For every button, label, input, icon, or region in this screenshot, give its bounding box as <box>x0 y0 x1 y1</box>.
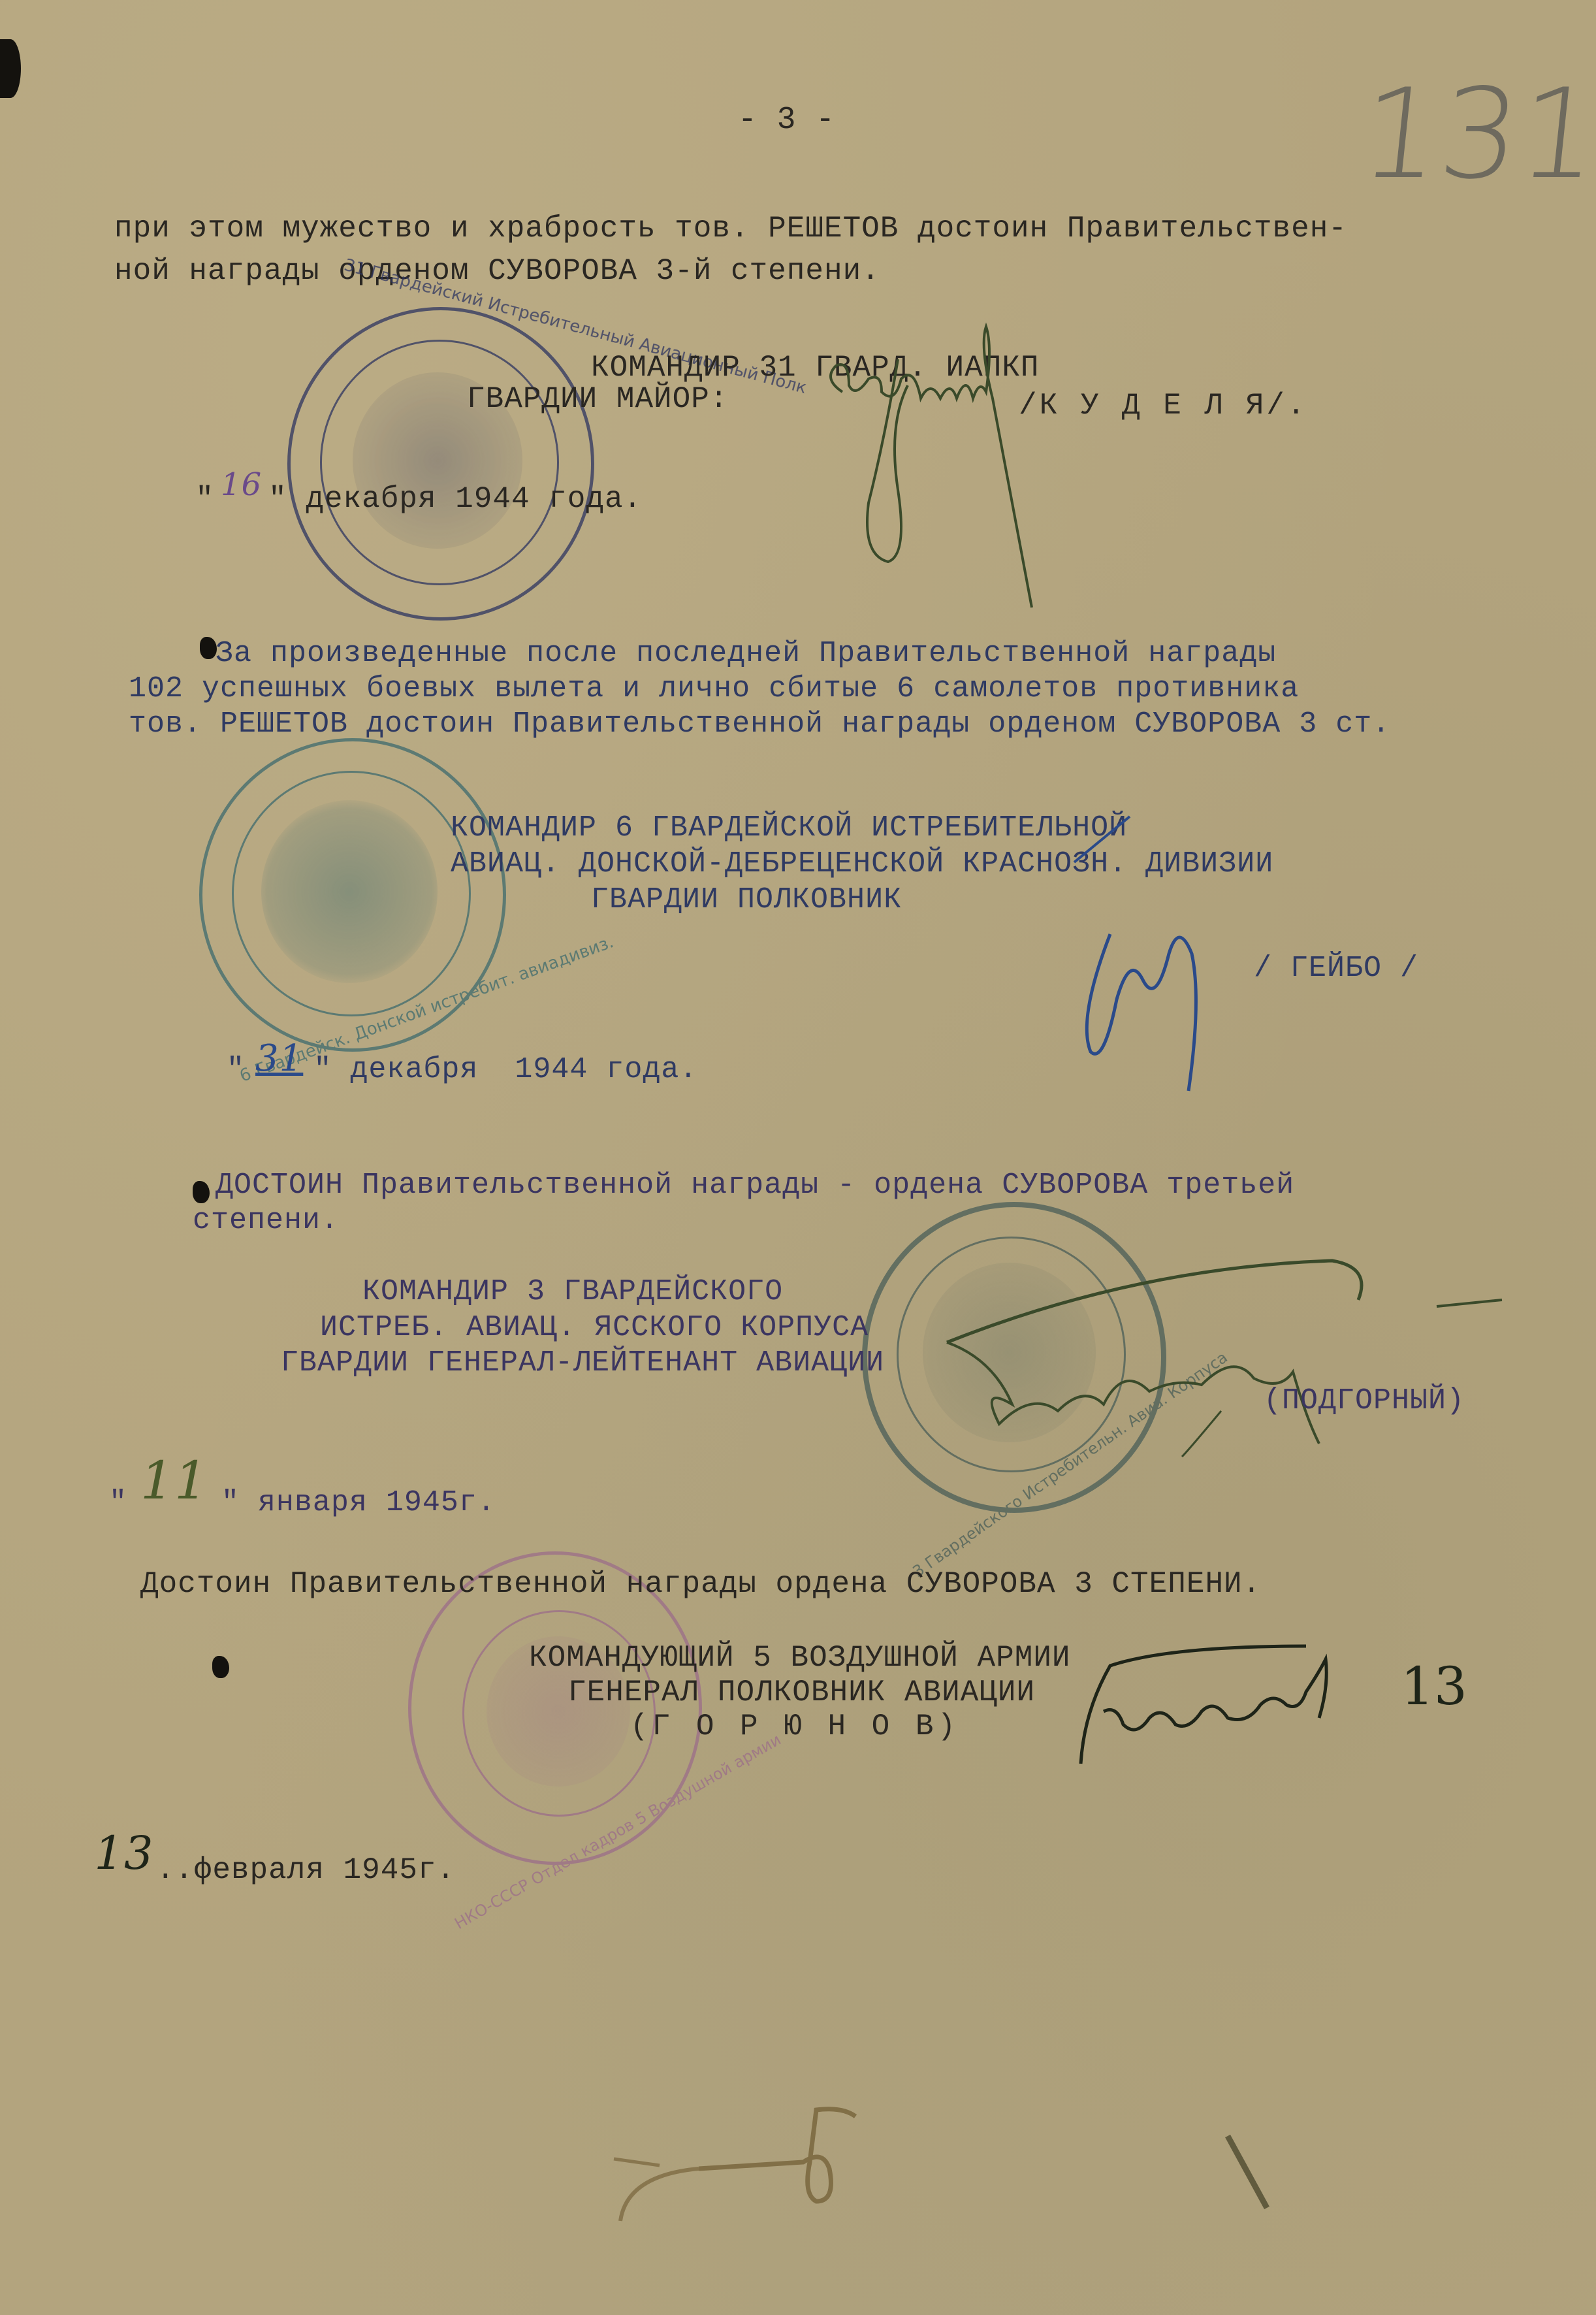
body-line: при этом мужество и храбрость тов. РЕШЕТ… <box>114 214 1347 244</box>
date-line: 13..февраля 1945г. <box>20 1809 455 1915</box>
punch-hole <box>200 637 217 659</box>
signature <box>1038 803 1208 1091</box>
signature-suffix: 13 <box>1401 1656 1467 1717</box>
punch-hole <box>193 1181 210 1203</box>
signer-title: КОМАНДУЮЩИЙ 5 ВОЗДУШНОЙ АРМИИ <box>529 1643 1071 1673</box>
body-line: Достоин Правительственной награды ордена… <box>140 1569 1261 1599</box>
date-day: 31 <box>245 1037 313 1080</box>
date-day: 11 <box>127 1450 221 1511</box>
body-line: степени. <box>193 1206 339 1235</box>
signature <box>940 1254 1528 1457</box>
punch-hole <box>212 1656 229 1678</box>
body-line: 102 успешных боевых вылета и лично сбиты… <box>129 674 1299 704</box>
punch-hole <box>0 39 21 98</box>
signer-unit: ИСТРЕБ. АВИАЦ. ЯССКОГО КОРПУСА <box>320 1313 869 1342</box>
faded-signature <box>607 2090 1326 2234</box>
signer-rank: ГЕНЕРАЛ ПОЛКОВНИК АВИАЦИИ <box>568 1677 1035 1708</box>
date-day: 16 <box>214 466 268 503</box>
body-line: За произведенные после последней Правите… <box>215 639 1276 668</box>
division-stamp: 6 Гвардейск. Донской истребит. авиадивиз… <box>199 738 506 1052</box>
signer-name: (Г О Р Ю Н О В) <box>630 1711 959 1741</box>
signer-title: КОМАНДИР 3 ГВАРДЕЙСКОГО <box>362 1277 783 1306</box>
page-number: - 3 - <box>738 105 835 136</box>
signature <box>784 307 1077 621</box>
signer-title: КОМАНДИР 6 ГВАРДЕЙСКОЙ ИСТРЕБИТЕЛЬНОЙ <box>451 813 1127 843</box>
date-line: "31" декабря 1944 года. <box>153 1018 697 1114</box>
body-line: ДОСТОИН Правительственной награды - орде… <box>215 1171 1294 1200</box>
body-line: тов. РЕШЕТОВ достоин Правительственной н… <box>129 709 1390 739</box>
signer-name: / ГЕЙБО / <box>1254 954 1418 983</box>
signer-rank: ГВАРДИИ ПОЛКОВНИК <box>591 885 902 915</box>
signature <box>1071 1633 1437 1783</box>
date-line: "16" декабря 1944 года. <box>121 451 642 544</box>
archive-number: 131 <box>1354 62 1596 206</box>
signer-name: (ПОДГОРНЫЙ) <box>1264 1386 1465 1416</box>
signer-rank: ГВАРДИИ МАЙОР: <box>467 384 728 414</box>
signer-rank: ГВАРДИИ ГЕНЕРАЛ-ЛЕЙТЕНАНТ АВИАЦИИ <box>281 1348 884 1378</box>
date-day: 13 <box>94 1826 156 1880</box>
body-line: ной награды орденом СУВОРОВА 3-й степени… <box>114 256 880 286</box>
date-line: "11" января 1945г. <box>36 1437 496 1548</box>
